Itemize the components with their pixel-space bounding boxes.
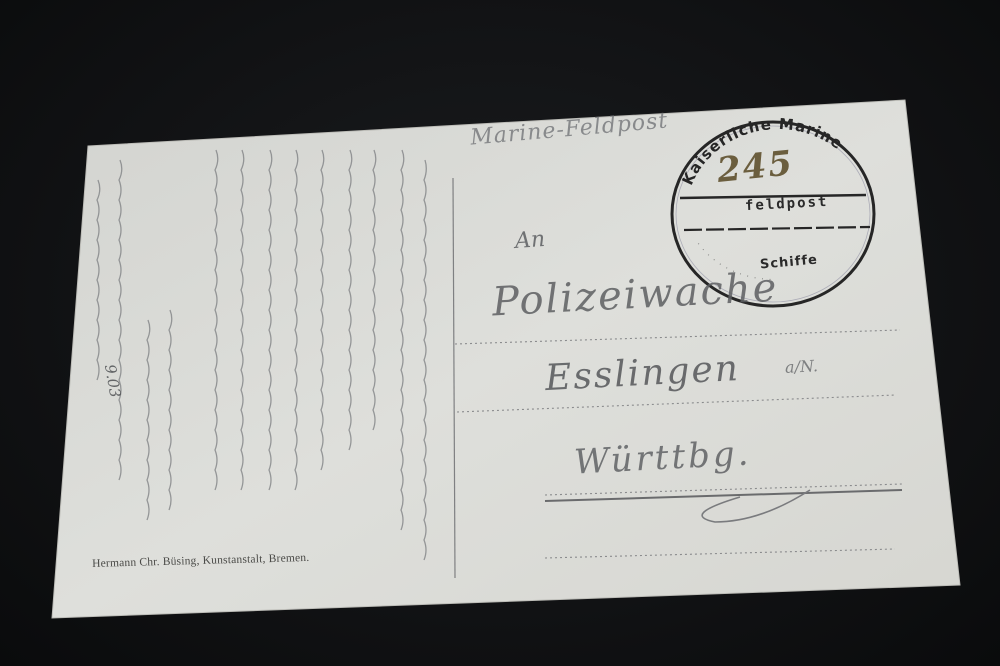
address-prefix: An — [514, 227, 546, 254]
photo-stage: Kaiserliche Marine · · · · · · · · · · ·… — [0, 0, 1000, 666]
postmark-number: 245 — [715, 143, 796, 191]
postcard-paper — [52, 100, 960, 618]
address-city-suffix: a/N. — [785, 356, 819, 377]
